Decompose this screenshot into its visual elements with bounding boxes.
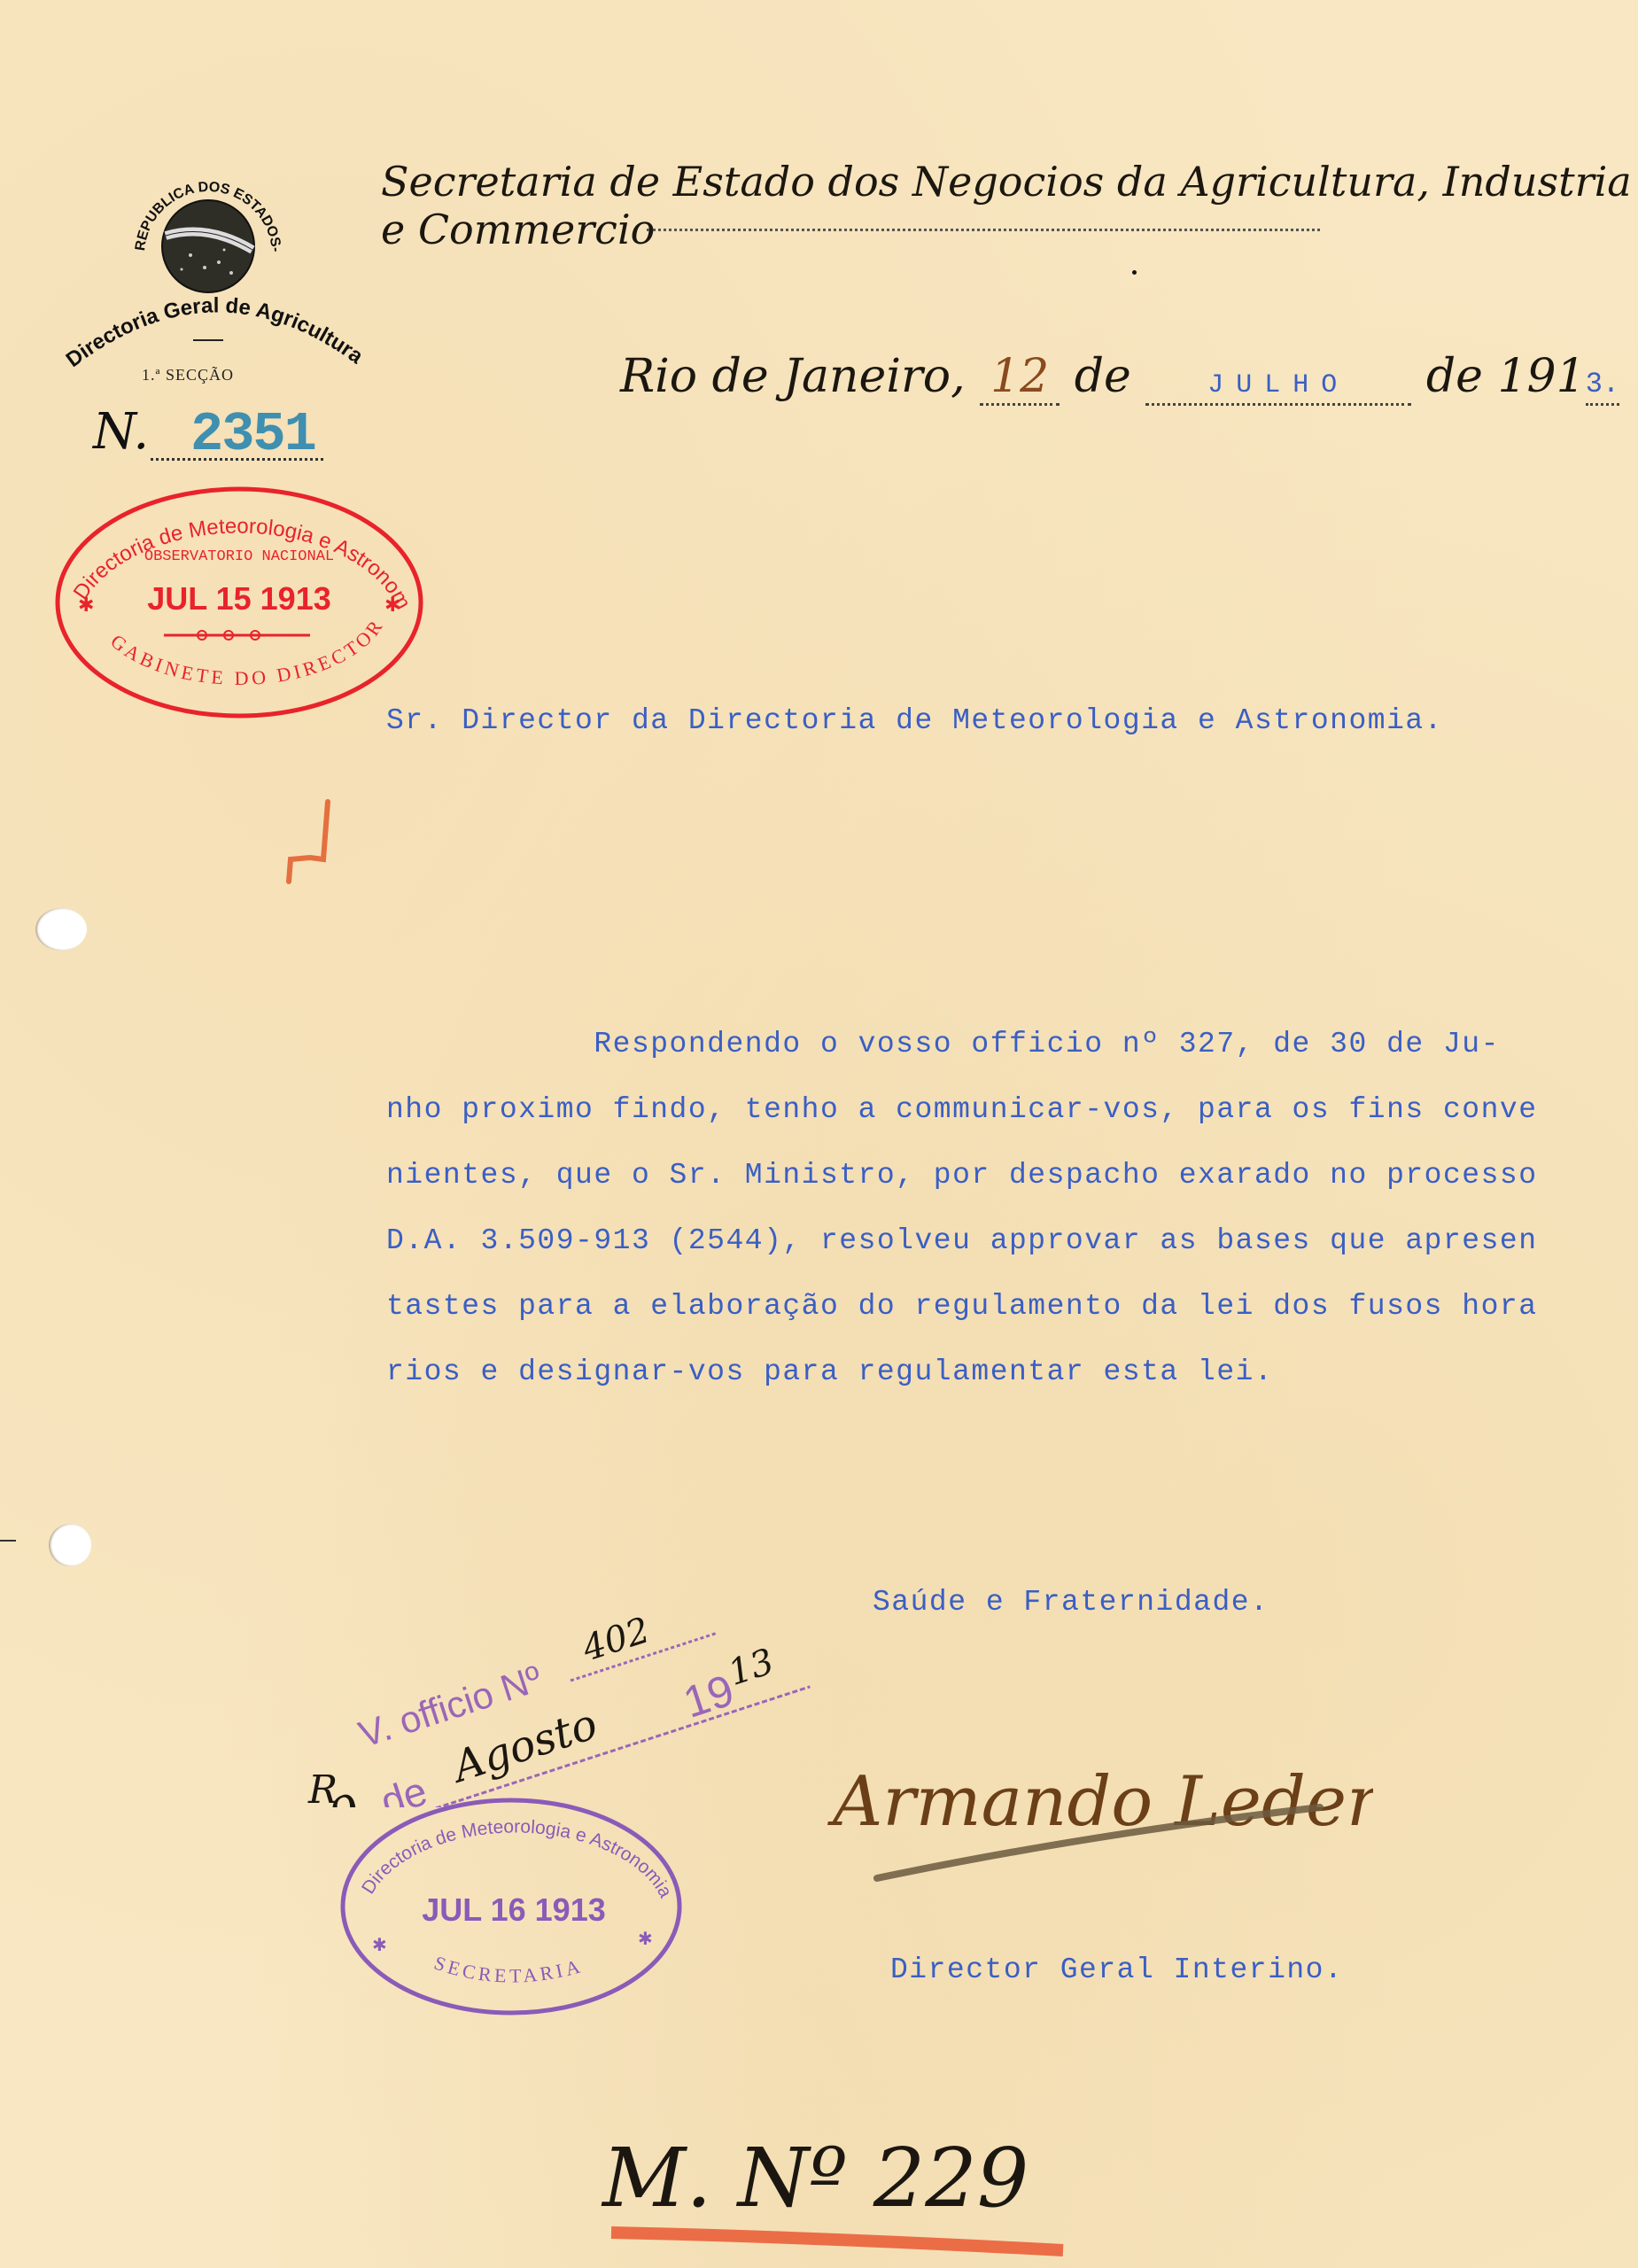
signature: Armando Ledent	[824, 1710, 1373, 1905]
received-stamp-red: Directoria de Meteorologia e Astronomia …	[44, 478, 434, 726]
body-line: tastes para a elaboração do regulamento …	[386, 1290, 1538, 1323]
day-field: 12	[980, 350, 1060, 406]
svg-text:✱: ✱	[638, 1930, 653, 1949]
addressee: Sr. Director da Directoria de Meteorolog…	[386, 704, 1443, 737]
place: Rio de Janeiro,	[620, 350, 966, 403]
body-line: nho proximo findo, tenho a communicar-vo…	[386, 1093, 1538, 1126]
de-label: de	[1426, 350, 1483, 403]
svg-text:SECRETARIA: SECRETARIA	[431, 1952, 586, 1987]
svg-text:JUL 15 1913: JUL 15 1913	[147, 580, 331, 617]
ink-speck	[1132, 270, 1137, 275]
body-line: D.A. 3.509-913 (2544), resolveu approvar…	[386, 1224, 1538, 1257]
body-line: Respondendo o vosso officio nº 327, de 3…	[386, 1028, 1500, 1060]
dotted-rule	[647, 229, 1320, 231]
year-field: 3.	[1586, 350, 1619, 406]
svg-text:13: 13	[724, 1642, 780, 1694]
ministry-heading: Secretaria de Estado dos Negocios da Agr…	[381, 158, 1638, 253]
de-label: de	[1075, 350, 1131, 403]
punch-hole	[49, 1524, 91, 1566]
closing-salutation: Saúde e Fraternidade.	[873, 1586, 1269, 1619]
received-stamp-purple: Directoria de Meteorologia e Astronomia …	[332, 1790, 691, 2024]
register-number: 2351	[190, 403, 315, 466]
divider	[193, 339, 223, 341]
svg-text:M. Nº 229: M. Nº 229	[601, 2131, 1029, 2225]
filing-number: M. Nº 229	[585, 2109, 1081, 2268]
dotted-rule	[151, 458, 323, 461]
svg-text:402: 402	[577, 1610, 655, 1670]
svg-text:✱: ✱	[372, 1936, 387, 1955]
svg-text:GABINETE DO DIRECTOR: GABINETE DO DIRECTOR	[106, 613, 388, 689]
body-line: nientes, que o Sr. Ministro, por despach…	[386, 1159, 1538, 1192]
month-field: JULHO	[1145, 350, 1411, 406]
margin-tick	[0, 1540, 16, 1542]
svg-text:Armando Ledent: Armando Ledent	[827, 1762, 1373, 1842]
date-line: Rio de Janeiro, 12 de JULHO de 1913.	[620, 350, 1619, 406]
svg-text:OBSERVATORIO NACIONAL: OBSERVATORIO NACIONAL	[144, 548, 334, 565]
agency-name: Directoria Geral de Agricultura	[53, 266, 381, 381]
signer-title: Director Geral Interino.	[890, 1953, 1343, 1986]
officio-reply-stamp: V. officio Nº 402 9 de Agosto 19 13 R	[292, 1506, 824, 1807]
section-label: 1.ª SECÇÃO	[142, 366, 234, 384]
svg-text:Directoria Geral de Agricultur: Directoria Geral de Agricultura	[62, 293, 369, 372]
register-number-label: N.	[93, 403, 149, 461]
svg-text:JUL 16 1913: JUL 16 1913	[422, 1891, 606, 1928]
punch-hole	[35, 908, 87, 951]
svg-text:✱: ✱	[78, 594, 94, 616]
red-pencil-mark	[283, 797, 337, 895]
year-prefix: 191	[1497, 350, 1585, 403]
body-line: rios e designar-vos para regulamentar es…	[386, 1355, 1273, 1388]
svg-text:✱: ✱	[384, 594, 400, 616]
